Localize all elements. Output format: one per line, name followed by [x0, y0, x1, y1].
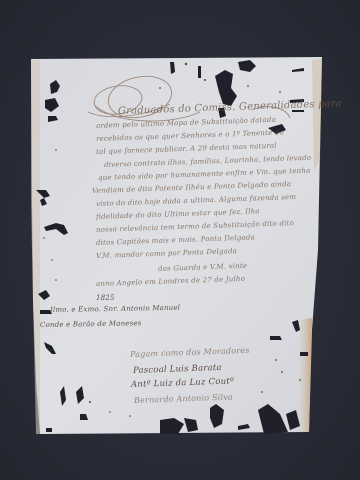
manuscript-page: Graduados do Comiss. Generalidades para …: [0, 0, 360, 480]
letter-year: 1825: [96, 294, 115, 302]
